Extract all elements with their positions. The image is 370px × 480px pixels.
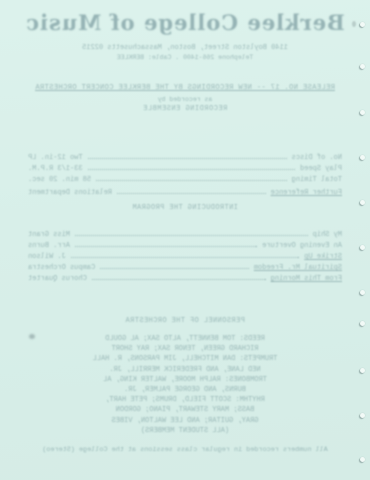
letterhead-address-line1: 1140 Boylston Street, Boston, Massachuse… (0, 44, 370, 52)
paper-smudge (29, 334, 35, 339)
program-credit: J. Wilson (28, 253, 66, 261)
bulletin-subline: as recorded by (0, 96, 370, 103)
letterhead-address-line2: Telephone 266-1400 . Cable: BERKLEE (0, 54, 370, 61)
personnel-line: NED LANE, AND FREDERICK MERRILL, JR. (0, 365, 370, 375)
footer-note: All numbers recorded in regular class se… (0, 446, 370, 454)
binding-hole (360, 200, 365, 205)
personnel-line: TRUMPETS: DAN MITCHELL, JIM PARSONS, R. … (0, 354, 370, 364)
fact-value: Two 12-in. LP (28, 154, 83, 162)
personnel-line: (ALL STUDENT MEMBERS) (0, 426, 370, 436)
personnel-line: TROMBONES: RALPH MOORE, WALTER KING, AL (0, 375, 370, 385)
program-row: Strike Up J. Wilson (28, 252, 342, 261)
program-title: My Ship (313, 231, 342, 239)
leader-dots (96, 175, 287, 181)
leader-dots (88, 153, 287, 159)
binding-hole (360, 22, 365, 27)
binding-hole (360, 457, 365, 462)
binding-hole (360, 413, 365, 418)
leader-dots (92, 274, 266, 280)
program-title: An Evening Overture (262, 242, 342, 250)
leader-dots (88, 164, 295, 170)
binding-hole (360, 245, 365, 250)
personnel-line: REEDS: TOM BENNETT, ALTO SAX; AL GOULD (0, 334, 370, 344)
program-row: From This Morning Chorus Quartet (28, 274, 342, 283)
section-heading-personnel: PERSONNEL OF THE ORCHESTRA (0, 317, 370, 325)
scanned-page: Berklee College of Music 1140 Boylston S… (0, 0, 370, 480)
program-row: An Evening Overture Arr. Burns (28, 241, 342, 250)
fact-label: Total Timing (292, 176, 342, 184)
letterhead-title: Berklee College of Music (0, 10, 370, 35)
fact-value: 58 min. 20 sec. (28, 176, 91, 184)
fact-value: Relations Department (28, 189, 112, 197)
program-row: My Ship Miss Grant (28, 230, 342, 239)
leader-dots (75, 230, 308, 236)
program-row: Spiritual Mr. Freedom Campus Orchestra (28, 263, 342, 272)
leader-dots (75, 241, 257, 247)
fact-label: No. of Discs (292, 154, 342, 162)
program-credit: Chorus Quartet (28, 275, 87, 283)
binding-hole (360, 321, 365, 326)
personnel-line: RHYTHM: SCOTT FIELD, DRUMS; PETE HART, (0, 395, 370, 405)
showthrough-content: Berklee College of Music 1140 Boylston S… (0, 0, 370, 480)
paper-smudge (352, 21, 356, 27)
fact-label: Further Reference (271, 189, 342, 197)
program-credit: Miss Grant (28, 231, 70, 239)
personnel-line: RICHARD GREEN, TENOR SAX; RAY SHORT (0, 344, 370, 354)
section-heading-program: INTRODUCING THE PROGRAM (0, 204, 370, 212)
binding-hole (360, 64, 365, 69)
fact-value: 33-1/3 R.P.M. (28, 165, 83, 173)
fact-label: Play Speed (300, 165, 342, 173)
personnel-line: BURNS, AND GEORGE PALMER, JR. (0, 385, 370, 395)
binding-hole (360, 368, 365, 373)
binding-hole (360, 155, 365, 160)
program-title: Spiritual Mr. Freedom (254, 264, 342, 272)
facts-row: Play Speed 33-1/3 R.P.M. (28, 164, 342, 173)
personnel-line: GRAY, GUITAR; AND LEE WALTON, VIBES (0, 416, 370, 426)
program-title: Strike Up (304, 253, 342, 261)
binding-hole (360, 290, 365, 295)
personnel-line: BASS; MARY STEWART, PIANO; GORDON (0, 405, 370, 415)
binding-hole (360, 110, 365, 115)
facts-row: No. of Discs Two 12-in. LP (28, 153, 342, 162)
personnel-list: REEDS: TOM BENNETT, ALTO SAX; AL GOULD R… (0, 334, 370, 436)
program-credit: Campus Orchestra (28, 264, 95, 272)
bulletin-headline: RELEASE NO. 17 -- NEW RECORDINGS BY THE … (0, 84, 370, 92)
program-credit: Arr. Burns (28, 242, 70, 250)
program-title: From This Morning (271, 275, 342, 283)
bulletin-ensemble-line: RECORDING ENSEMBLE (0, 105, 370, 113)
leader-dots (71, 252, 299, 258)
leader-dots (117, 188, 266, 194)
facts-row: Total Timing 58 min. 20 sec. (28, 175, 342, 184)
leader-dots (100, 263, 249, 269)
facts-row: Further Reference Relations Department (28, 188, 342, 197)
